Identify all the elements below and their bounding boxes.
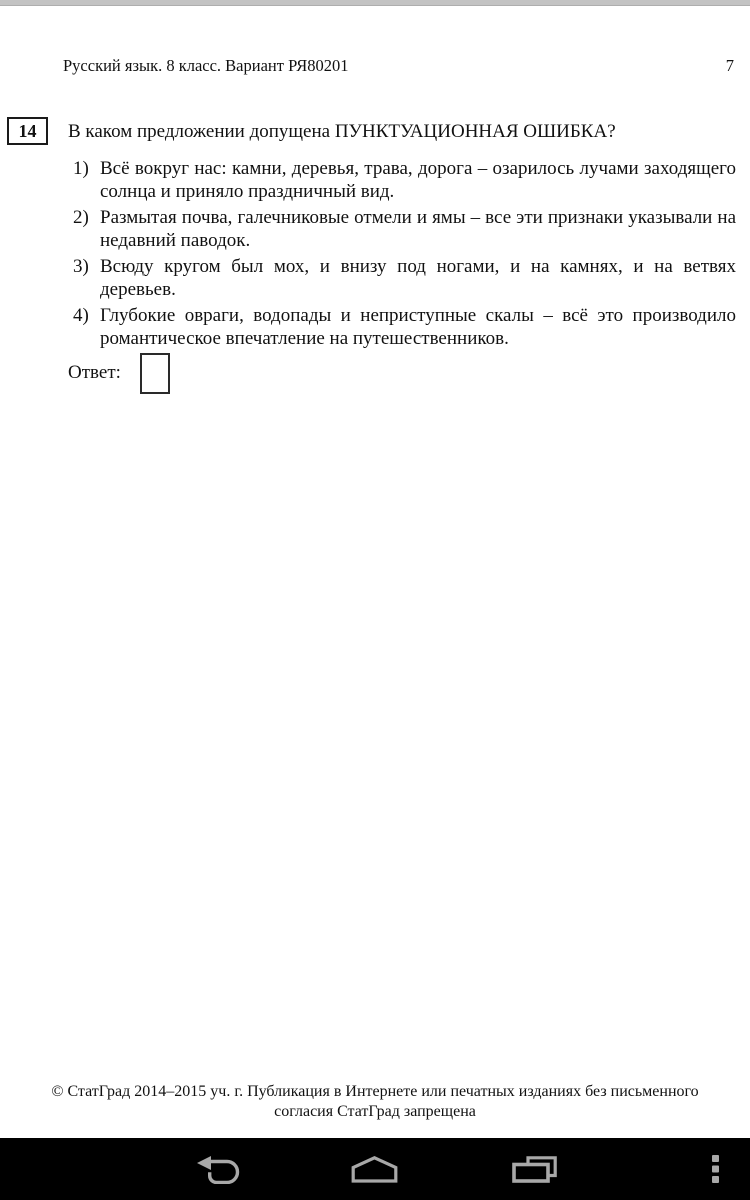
question-number-box: 14 [7, 117, 48, 145]
answer-row: Ответ: [68, 353, 170, 394]
page-number: 7 [726, 55, 734, 76]
question-row: 14 В каком предложении допущена ПУНКТУАЦ… [7, 117, 735, 145]
list-item: 1) Всё вокруг нас: камни, деревья, трава… [73, 157, 736, 203]
question-text: В каком предложении допущена ПУНКТУАЦИОН… [68, 117, 616, 143]
copyright-footer: © СтатГрад 2014–2015 уч. г. Публикация в… [0, 1082, 750, 1121]
overflow-menu-icon [711, 1154, 720, 1184]
back-button[interactable] [197, 1155, 242, 1184]
question-number: 14 [19, 121, 37, 142]
back-arrow-icon [197, 1155, 242, 1184]
document-page: Русский язык. 8 класс. Вариант РЯ80201 7… [0, 6, 750, 1138]
option-4-text: Глубокие овраги, водопады и неприступные… [100, 304, 736, 350]
list-item: 2) Размытая почва, галечниковые отмели и… [73, 206, 736, 252]
option-3-text: Всюду кругом был мох, и внизу под ногами… [100, 255, 736, 301]
home-icon [351, 1156, 398, 1183]
document-title: Русский язык. 8 класс. Вариант РЯ80201 [63, 55, 348, 76]
option-2-number: 2) [73, 206, 100, 252]
document-header: Русский язык. 8 класс. Вариант РЯ80201 7 [63, 55, 734, 76]
option-1-text: Всё вокруг нас: камни, деревья, трава, д… [100, 157, 736, 203]
answer-options-list: 1) Всё вокруг нас: камни, деревья, трава… [73, 157, 736, 353]
option-2-text: Размытая почва, галечниковые отмели и ям… [100, 206, 736, 252]
answer-label: Ответ: [68, 361, 121, 384]
answer-input-box [140, 353, 170, 394]
list-item: 3) Всюду кругом был мох, и внизу под ног… [73, 255, 736, 301]
option-4-number: 4) [73, 304, 100, 350]
recents-button[interactable] [511, 1155, 558, 1183]
android-navigation-bar [0, 1138, 750, 1200]
home-button[interactable] [351, 1156, 398, 1183]
recent-apps-icon [511, 1155, 558, 1183]
option-1-number: 1) [73, 157, 100, 203]
list-item: 4) Глубокие овраги, водопады и неприступ… [73, 304, 736, 350]
option-3-number: 3) [73, 255, 100, 301]
overflow-menu-button[interactable] [711, 1154, 720, 1184]
